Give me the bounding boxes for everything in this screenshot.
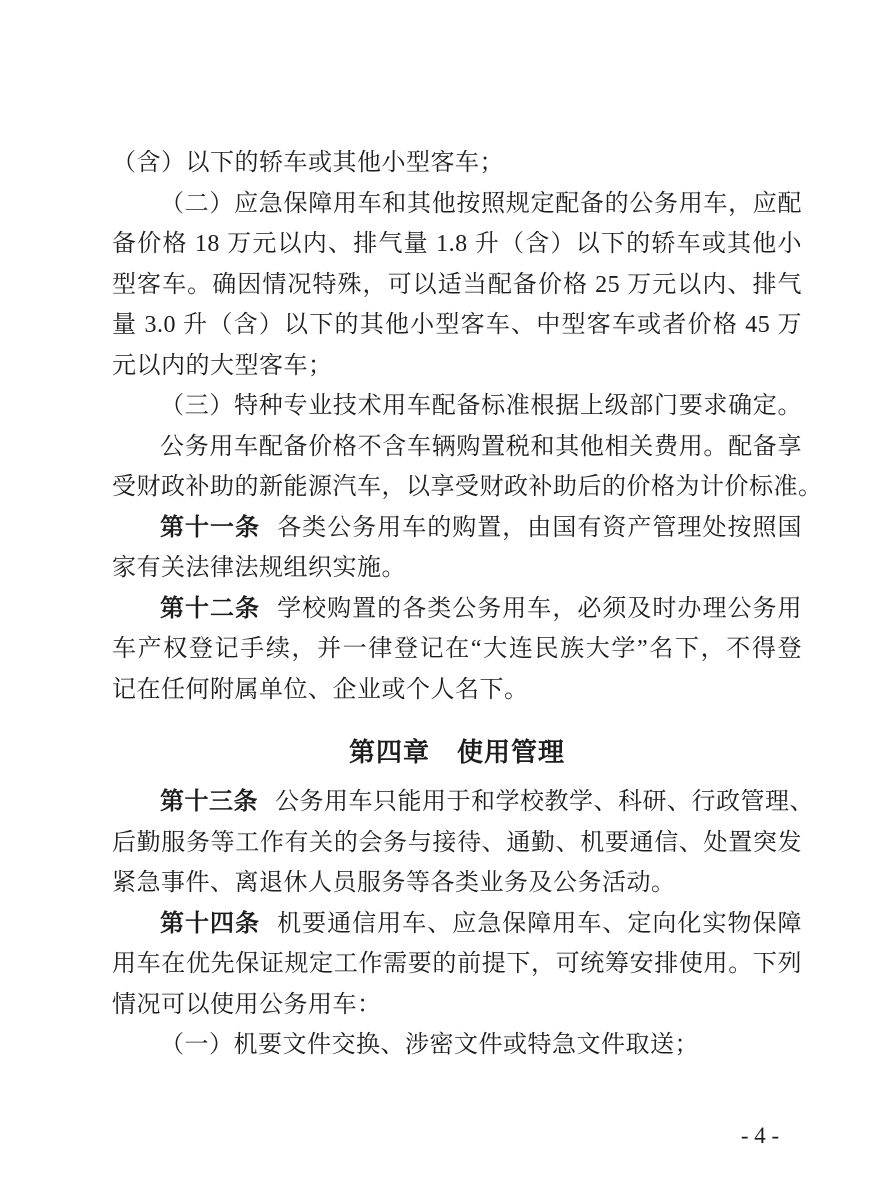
line-text: （二）应急保障用车和其他按照规定配备的公务用车，应配 bbox=[160, 191, 802, 217]
article-number-label: 第十一条 bbox=[160, 514, 260, 541]
text-line: 记在任何附属单位、企业或个人名下。 bbox=[112, 670, 802, 711]
text-line: 紧急事件、离退休人员服务等各类业务及公务活动。 bbox=[112, 863, 802, 904]
line-text: 车产权登记手续，并一律登记在“大连民族大学”名下，不得登 bbox=[112, 636, 802, 662]
chapter-heading: 第四章 使用管理 bbox=[112, 732, 802, 772]
line-text: 公务用车只能用于和学校教学、科研、行政管理、 bbox=[275, 789, 814, 815]
line-text: 情况可以使用公务用车： bbox=[112, 992, 382, 1018]
text-line: 家有关法律法规组织实施。 bbox=[112, 548, 802, 589]
line-text: 机要通信用车、应急保障用车、定向化实物保障 bbox=[277, 911, 802, 937]
line-text: 受财政补助的新能源汽车，以享受财政补助后的价格为计价标准。 bbox=[112, 474, 823, 500]
article-number-label: 第十二条 bbox=[160, 595, 260, 622]
line-text: 量 3.0 升（含）以下的其他小型客车、中型客车或者价格 45 万 bbox=[112, 312, 802, 338]
document-body: （含）以下的轿车或其他小型客车；（二）应急保障用车和其他按照规定配备的公务用车，… bbox=[112, 143, 802, 1066]
text-line: （含）以下的轿车或其他小型客车； bbox=[112, 143, 802, 184]
line-text: 元以内的大型客车； bbox=[112, 353, 333, 379]
line-text: 学校购置的各类公务用车，必须及时办理公务用 bbox=[277, 596, 802, 622]
page-number: - 4 - bbox=[700, 1121, 820, 1151]
text-line: 元以内的大型客车； bbox=[112, 346, 802, 387]
line-text: 型客车。确因情况特殊，可以适当配备价格 25 万元以内、排气 bbox=[112, 272, 802, 298]
text-line: （三）特种专业技术用车配备标准根据上级部门要求确定。 bbox=[112, 386, 802, 427]
text-line: 车产权登记手续，并一律登记在“大连民族大学”名下，不得登 bbox=[112, 629, 802, 670]
text-line: 第十二条学校购置的各类公务用车，必须及时办理公务用 bbox=[112, 589, 802, 630]
article-number-label: 第十三条 bbox=[160, 788, 258, 815]
text-line: 后勤服务等工作有关的会务与接待、通勤、机要通信、处置突发 bbox=[112, 823, 802, 864]
text-line: 公务用车配备价格不含车辆购置税和其他相关费用。配备享 bbox=[112, 427, 802, 468]
line-text: 公务用车配备价格不含车辆购置税和其他相关费用。配备享 bbox=[160, 434, 802, 460]
text-line: （二）应急保障用车和其他按照规定配备的公务用车，应配 bbox=[112, 184, 802, 225]
line-text: 紧急事件、离退休人员服务等各类业务及公务活动。 bbox=[112, 870, 676, 896]
line-text: （含）以下的轿车或其他小型客车； bbox=[112, 150, 504, 176]
line-text: 后勤服务等工作有关的会务与接待、通勤、机要通信、处置突发 bbox=[112, 830, 802, 856]
text-line: 量 3.0 升（含）以下的其他小型客车、中型客车或者价格 45 万 bbox=[112, 305, 802, 346]
text-line: 受财政补助的新能源汽车，以享受财政补助后的价格为计价标准。 bbox=[112, 467, 802, 508]
line-text: 备价格 18 万元以内、排气量 1.8 升（含）以下的轿车或其他小 bbox=[112, 231, 802, 257]
text-line: 第十四条机要通信用车、应急保障用车、定向化实物保障 bbox=[112, 904, 802, 945]
line-text: （一）机要文件交换、涉密文件或特急文件取送； bbox=[160, 1032, 699, 1058]
text-line: 型客车。确因情况特殊，可以适当配备价格 25 万元以内、排气 bbox=[112, 265, 802, 306]
text-line: 情况可以使用公务用车： bbox=[112, 985, 802, 1026]
article-number-label: 第十四条 bbox=[160, 910, 260, 937]
text-line: （一）机要文件交换、涉密文件或特急文件取送； bbox=[112, 1025, 802, 1066]
line-text: 记在任何附属单位、企业或个人名下。 bbox=[112, 677, 529, 703]
line-text: 家有关法律法规组织实施。 bbox=[112, 555, 406, 581]
line-text: （三）特种专业技术用车配备标准根据上级部门要求确定。 bbox=[160, 393, 802, 419]
line-text: 用车在优先保证规定工作需要的前提下，可统筹安排使用。下列 bbox=[112, 951, 802, 977]
text-line: 第十三条公务用车只能用于和学校教学、科研、行政管理、 bbox=[112, 782, 802, 823]
text-line: 第十一条各类公务用车的购置，由国有资产管理处按照国 bbox=[112, 508, 802, 549]
text-line: 备价格 18 万元以内、排气量 1.8 升（含）以下的轿车或其他小 bbox=[112, 224, 802, 265]
line-text: 各类公务用车的购置，由国有资产管理处按照国 bbox=[277, 515, 802, 541]
document-page: （含）以下的轿车或其他小型客车；（二）应急保障用车和其他按照规定配备的公务用车，… bbox=[0, 0, 881, 1192]
text-line: 用车在优先保证规定工作需要的前提下，可统筹安排使用。下列 bbox=[112, 944, 802, 985]
